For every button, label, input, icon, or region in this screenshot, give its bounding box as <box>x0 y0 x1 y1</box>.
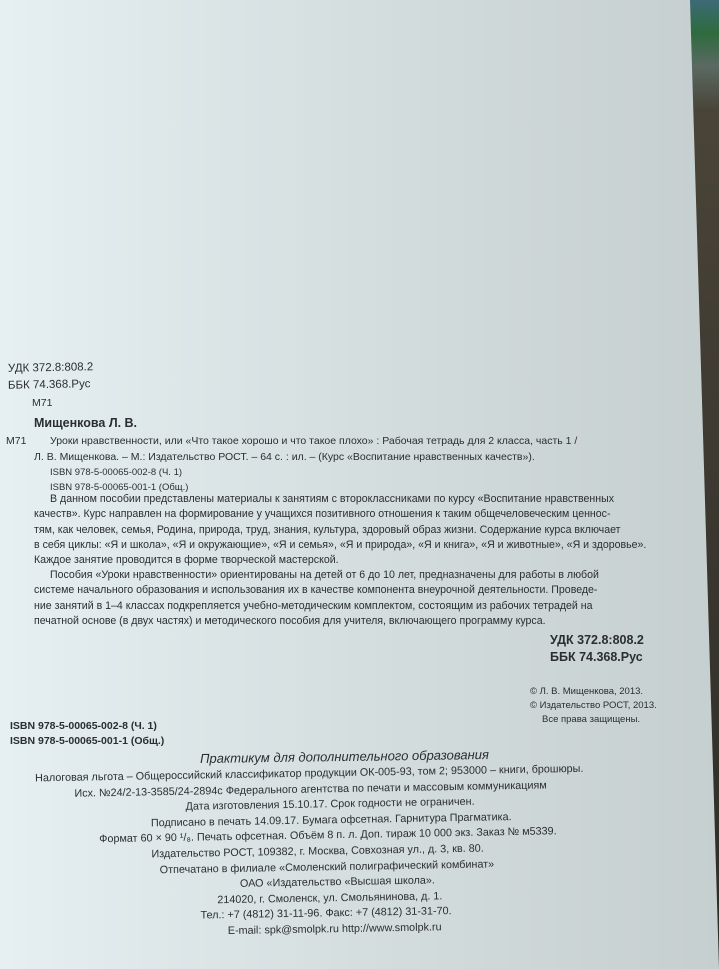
annotation-paragraph-1: В данном пособии представлены материалы … <box>34 492 646 568</box>
author-name: Мищенкова Л. В. <box>34 416 137 430</box>
annotation-line: качеств». Курс направлен на формирование… <box>34 507 646 522</box>
imprint-block: Налоговая льгота – Общероссийский класси… <box>0 759 719 943</box>
annotation-line: тям, как человек, семья, Родина, природа… <box>34 523 646 538</box>
bbk-code: ББК 74.368.Рус <box>8 378 91 391</box>
book-page: УДК 372.8:808.2 ББК 74.368.Рус М71 Мищен… <box>0 0 719 969</box>
record-title-line-2: Л. В. Мищенкова. – М.: Издательство РОСТ… <box>34 451 535 463</box>
isbn-total: ISBN 978-5-00065-001-1 (Общ.) <box>10 735 164 747</box>
annotation-line: ние занятий в 1–4 классах подкрепляется … <box>34 599 599 614</box>
udk-code-bold: УДК 372.8:808.2 <box>550 633 644 647</box>
udk-code: УДК 372.8:808.2 <box>8 361 93 374</box>
annotation-line: Каждое занятие проводится в форме творче… <box>34 553 646 568</box>
annotation-line: печатной основе (в двух частях) и методи… <box>34 614 599 629</box>
author-mark: М71 <box>32 397 52 409</box>
annotation-line: Пособия «Уроки нравственности» ориентиро… <box>34 568 599 583</box>
copyright-publisher: © Издательство РОСТ, 2013. <box>530 700 657 711</box>
record-mark: М71 <box>6 435 26 447</box>
record-title-line-1: Уроки нравственности, или «Что такое хор… <box>50 435 577 447</box>
annotation-paragraph-2: Пособия «Уроки нравственности» ориентиро… <box>34 568 599 629</box>
isbn-part-1: ISBN 978-5-00065-002-8 (Ч. 1) <box>10 720 157 732</box>
rights-reserved: Все права защищены. <box>542 714 640 725</box>
annotation-line: системе начального образования и использ… <box>34 583 599 598</box>
annotation-line: В данном пособии представлены материалы … <box>34 492 646 507</box>
record-isbn-1: ISBN 978-5-00065-002-8 (Ч. 1) <box>50 467 182 478</box>
series-title: Практикум для дополнительного образовани… <box>200 747 489 766</box>
bbk-code-bold: ББК 74.368.Рус <box>550 650 643 664</box>
annotation-line: в себя циклы: «Я и школа», «Я и окружающ… <box>34 538 646 553</box>
copyright-author: © Л. В. Мищенкова, 2013. <box>530 686 643 697</box>
